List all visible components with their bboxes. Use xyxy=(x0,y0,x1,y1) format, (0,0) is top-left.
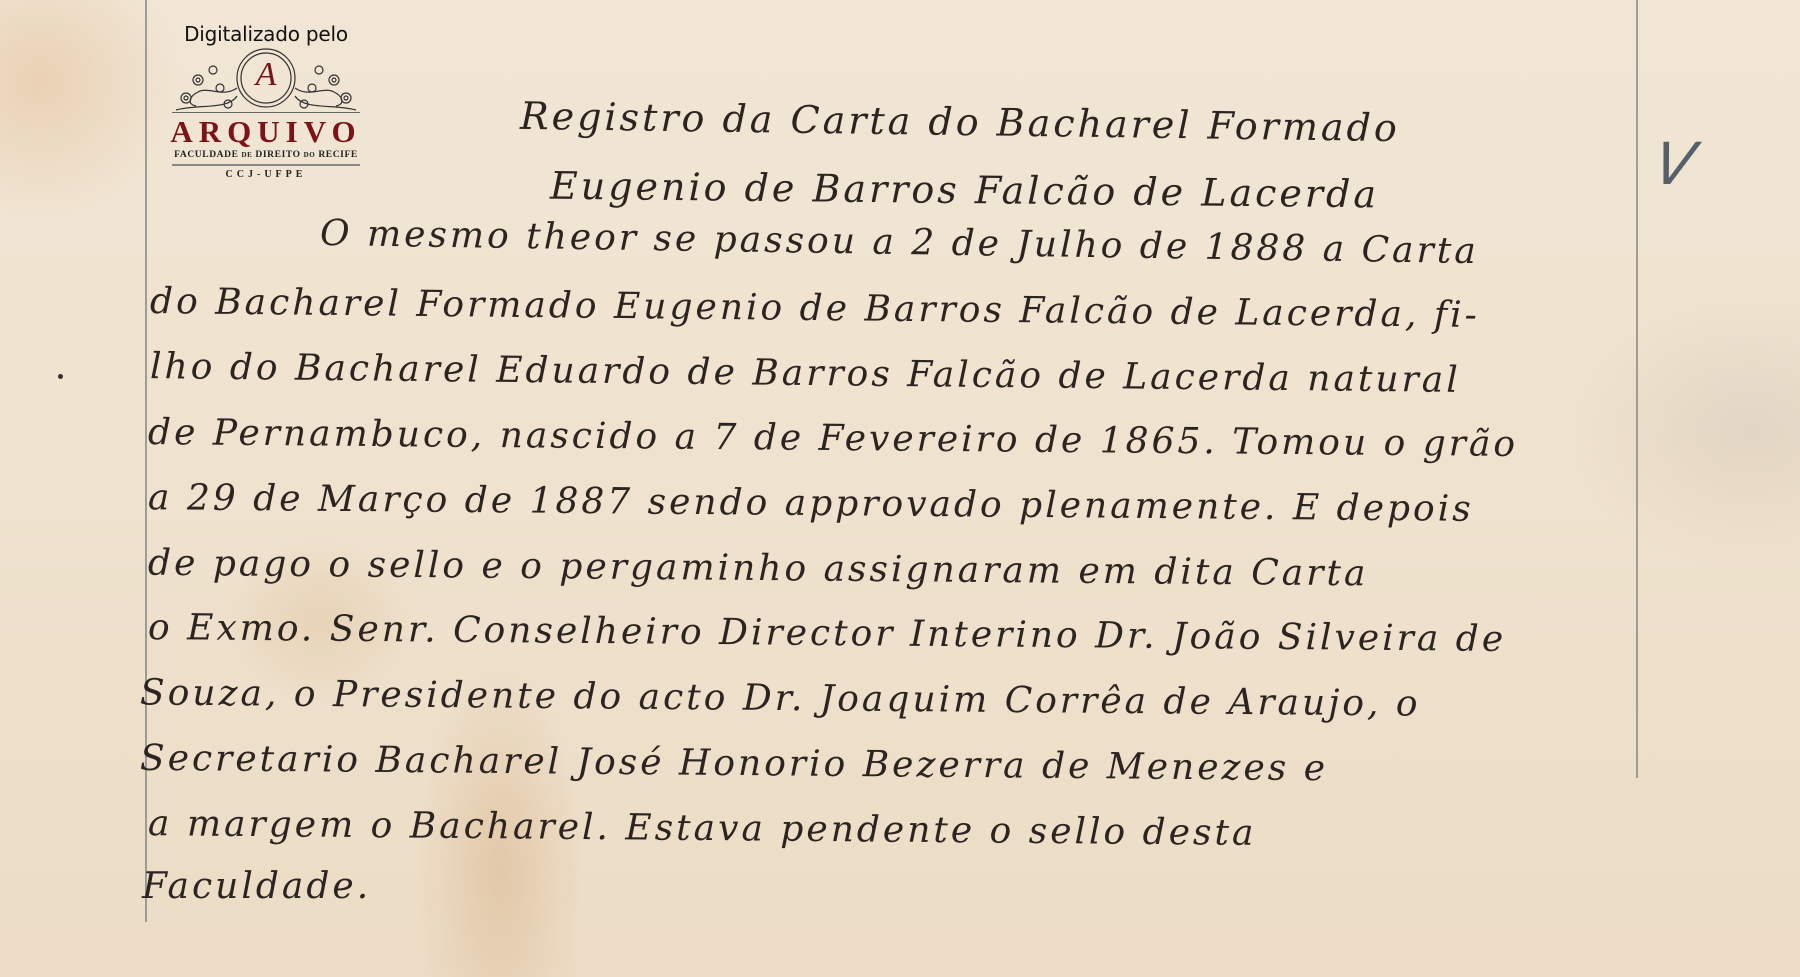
institution-word: DE xyxy=(242,151,253,159)
right-margin-rule xyxy=(1636,0,1638,778)
logo-caption: Digitalizado pelo xyxy=(168,22,364,46)
logo-divider xyxy=(172,164,360,166)
body-line: Faculdade. xyxy=(142,866,371,907)
logo-monogram: A xyxy=(168,56,364,94)
ink-spot xyxy=(58,374,63,379)
logo-unit: CCJ-UFPE xyxy=(168,169,364,180)
document-title-line-2: Eugenio de Barros Falcão de Lacerda xyxy=(550,164,1379,217)
institution-word: DO xyxy=(304,151,316,159)
institution-word: DIREITO xyxy=(255,150,300,160)
arquivo-watermark-logo: Digitalizado pelo A ARQUIVO FACULDADE xyxy=(168,18,364,178)
institution-word: FACULDADE xyxy=(174,150,238,160)
left-margin-rule xyxy=(145,0,147,922)
scroll-ornament-icon: A xyxy=(168,48,364,112)
logo-divider xyxy=(172,112,360,113)
logo-institution: FACULDADE DE DIREITO DO RECIFE xyxy=(168,150,364,160)
logo-name: ARQUIVO xyxy=(168,115,364,149)
institution-word: RECIFE xyxy=(318,150,358,160)
